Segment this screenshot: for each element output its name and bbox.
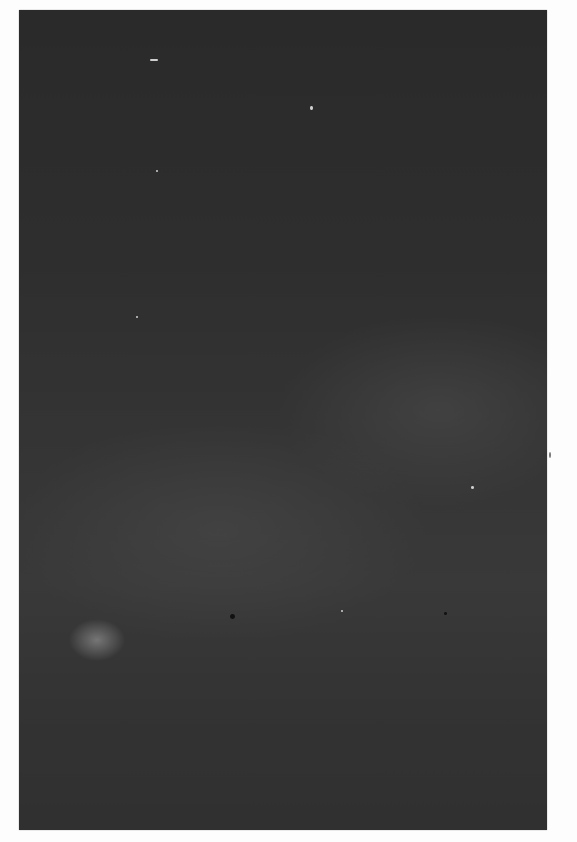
dust-speck	[156, 170, 158, 172]
dark-speck	[230, 614, 235, 619]
dust-speck	[150, 59, 158, 61]
dust-speck	[310, 106, 313, 110]
dust-speck	[471, 486, 474, 489]
margin-mark	[549, 452, 551, 458]
dust-speck	[136, 316, 138, 318]
scanned-dark-page	[19, 10, 547, 830]
dark-speck	[444, 612, 447, 615]
page	[0, 0, 577, 842]
dust-speck	[341, 610, 343, 612]
